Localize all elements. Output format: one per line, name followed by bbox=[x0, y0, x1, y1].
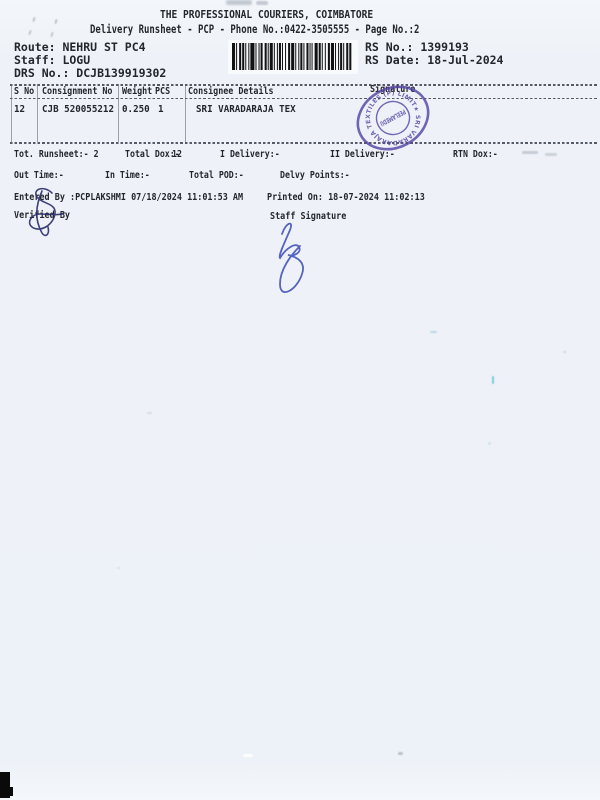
verified-by-signature bbox=[12, 183, 84, 241]
scan-artifact bbox=[50, 32, 54, 37]
col-header-consignment: Consignment No bbox=[42, 87, 112, 97]
scan-artifact bbox=[563, 351, 566, 353]
page-subtitle: Delivery Runsheet - PCP - Phone No.:0422… bbox=[90, 23, 419, 36]
drs-barcode-icon bbox=[228, 40, 358, 74]
total-dox-value: 12 bbox=[172, 150, 182, 160]
scanned-runsheet-page: THE PROFESSIONAL COURIERS, COIMBATORE De… bbox=[0, 0, 600, 800]
col-header-pcs: PCS bbox=[155, 87, 170, 97]
scan-artifact bbox=[32, 17, 35, 22]
scan-artifact bbox=[492, 376, 494, 384]
total-pod: Total POD:- bbox=[189, 171, 244, 181]
cell-sno: 12 bbox=[14, 104, 25, 115]
table-col-divider bbox=[11, 84, 12, 142]
out-time: Out Time:- bbox=[14, 171, 64, 181]
col-header-weight: Weight bbox=[122, 87, 152, 97]
cell-consignment-no: CJB 520055212 bbox=[42, 104, 114, 115]
staff-line: Staff: LOGU bbox=[14, 54, 90, 67]
scan-artifact bbox=[488, 442, 491, 445]
table-header-rule bbox=[10, 98, 597, 100]
drs-number-line: DRS No.: DCJB139919302 bbox=[14, 67, 166, 80]
table-bottom-rule bbox=[10, 142, 597, 144]
scan-artifact bbox=[54, 19, 57, 24]
route-line: Route: NEHRU ST PC4 bbox=[14, 41, 146, 54]
rs-number-line: RS No.: 1399193 bbox=[365, 41, 469, 54]
scan-artifact bbox=[28, 30, 32, 35]
i-delivery: I Delivery:- bbox=[220, 150, 280, 160]
scan-artifact bbox=[243, 754, 253, 757]
table-col-divider bbox=[185, 84, 186, 142]
table-col-divider bbox=[118, 84, 119, 142]
cell-consignee-details: SRI VARADARAJA TEX bbox=[196, 104, 296, 115]
scan-artifact bbox=[147, 412, 152, 414]
stamp-center-text: PEELAMEDU bbox=[379, 107, 407, 127]
scan-artifact bbox=[117, 567, 120, 569]
table-col-divider bbox=[37, 84, 38, 142]
printed-on-line: Printed On: 18-07-2024 11:02:13 bbox=[267, 193, 425, 203]
delvy-points: Delvy Points:- bbox=[280, 171, 350, 181]
company-stamp: ★ SRI VARADARAJA TEXTILES (P) LIMITED PE… bbox=[351, 81, 435, 155]
scan-artifact bbox=[226, 0, 252, 5]
staff-signature bbox=[256, 216, 328, 300]
scan-artifact bbox=[522, 151, 538, 154]
col-header-sno: S No bbox=[14, 87, 34, 97]
scan-edge-mark bbox=[9, 787, 13, 796]
rtn-dox: RTN Dox:- bbox=[453, 150, 498, 160]
scan-artifact bbox=[430, 331, 437, 333]
scan-artifact bbox=[256, 1, 268, 5]
in-time: In Time:- bbox=[105, 171, 150, 181]
col-header-consignee: Consignee Details bbox=[188, 87, 274, 97]
rs-date-line: RS Date: 18-Jul-2024 bbox=[365, 54, 503, 67]
scan-artifact bbox=[398, 752, 403, 755]
cell-weight: 0.250 bbox=[122, 104, 150, 115]
total-runsheet: Tot. Runsheet:- 2 bbox=[14, 150, 99, 160]
page-title: THE PROFESSIONAL COURIERS, COIMBATORE bbox=[160, 9, 373, 21]
scan-artifact bbox=[545, 153, 557, 156]
cell-pcs: 1 bbox=[158, 104, 164, 115]
